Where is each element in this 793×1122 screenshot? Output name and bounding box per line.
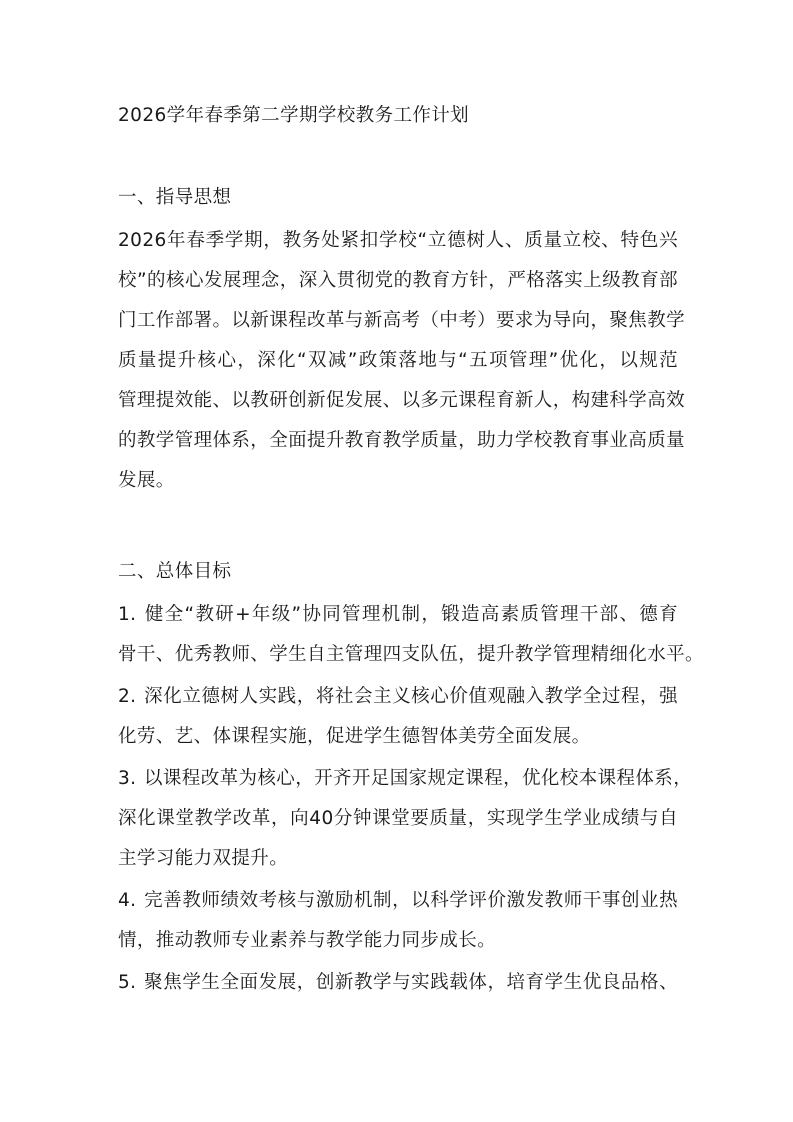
list-number: 2. [118, 685, 144, 709]
paragraph-line: 的教学管理体系，全面提升教育教学质量，助力学校教育事业高质量 [118, 429, 678, 453]
list-number: 5. [118, 971, 144, 995]
paragraph-line: 管理提效能、以教研创新促发展、以多元课程育新人，构建科学高效 [118, 389, 678, 413]
list-item-1: 1.健全“教研+年级”协同管理机制，锻造高素质管理干部、德育 [118, 603, 678, 627]
list-number: 4. [118, 889, 144, 913]
list-text: 以课程改革为核心，开齐开足国家规定课程，优化校本课程体系， [144, 768, 692, 789]
section-heading-overall-goals: 二、总体目标 [118, 560, 231, 584]
list-item-continuation: 主学习能力双提升。 [118, 847, 288, 871]
paragraph-line: 门工作部署。以新课程改革与新高考（中考）要求为导向，聚焦教学 [118, 309, 678, 333]
list-text: 深化立德树人实践，将社会主义核心价值观融入教学全过程，强 [144, 686, 678, 707]
list-item-5: 5.聚焦学生全面发展，创新教学与实践载体，培育学生优良品格、 [118, 971, 678, 995]
list-item-3: 3.以课程改革为核心，开齐开足国家规定课程，优化校本课程体系， [118, 767, 678, 791]
list-item-continuation: 化劳、艺、体课程实施，促进学生德智体美劳全面发展。 [118, 725, 591, 749]
paragraph-line: 2026年春季学期，教务处紧扣学校“立德树人、质量立校、特色兴 [118, 229, 678, 253]
list-text: 健全“教研+年级”协同管理机制，锻造高素质管理干部、德育 [144, 604, 678, 625]
list-item-continuation: 深化课堂教学改革，向40分钟课堂要质量，实现学生学业成绩与自 [118, 807, 678, 831]
list-item-continuation: 骨干、优秀教师、学生自主管理四支队伍，提升教学管理精细化水平。 [118, 643, 678, 667]
list-text: 完善教师绩效考核与激励机制，以科学评价激发教师干事创业热 [144, 890, 678, 911]
document-title: 2026学年春季第二学期学校教务工作计划 [118, 104, 469, 128]
paragraph-line: 校”的核心发展理念，深入贯彻党的教育方针，严格落实上级教育部 [118, 269, 678, 293]
list-number: 3. [118, 767, 144, 791]
list-item-4: 4.完善教师绩效考核与激励机制，以科学评价激发教师干事创业热 [118, 889, 678, 913]
list-item-continuation: 情，推动教师专业素养与教学能力同步成长。 [118, 929, 496, 953]
list-text: 聚焦学生全面发展，创新教学与实践载体，培育学生优良品格、 [144, 972, 678, 993]
list-item-2: 2.深化立德树人实践，将社会主义核心价值观融入教学全过程，强 [118, 685, 678, 709]
section-heading-guiding-ideology: 一、指导思想 [118, 186, 231, 210]
list-number: 1. [118, 603, 144, 627]
paragraph-line: 质量提升核心，深化“双减”政策落地与“五项管理”优化，以规范 [118, 349, 678, 373]
paragraph-line: 发展。 [118, 469, 175, 493]
